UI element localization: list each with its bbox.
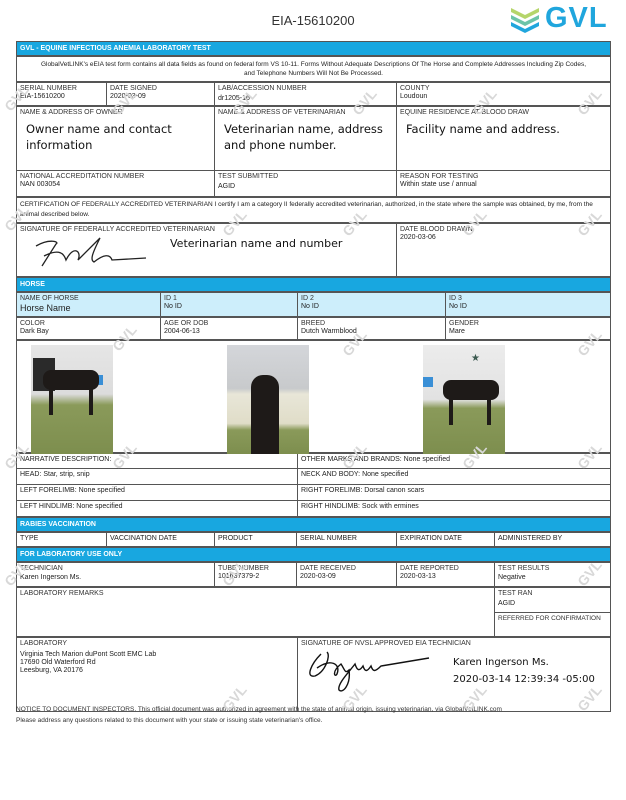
test-ran-cell: TEST RANAGID <box>495 588 611 613</box>
tech-signature-name: Karen Ingerson Ms. <box>453 654 549 671</box>
veterinarian-cell: NAME & ADDRESS OF VETERINARIANVeterinari… <box>215 107 397 171</box>
horse-left-side-photo[interactable] <box>31 345 113 454</box>
horse-name-cell: NAME OF HORSEHorse Name <box>17 293 161 317</box>
tech-signature-image <box>301 648 431 698</box>
vet-signature-text: Veterinarian name and number <box>170 240 342 248</box>
tech-signature-timestamp: 2020-03-14 12:39:34 -05:00 <box>453 671 595 688</box>
test-submitted-cell: TEST SUBMITTEDAGID <box>215 171 397 197</box>
lab-section-bar: FOR LABORATORY USE ONLY <box>16 547 611 562</box>
id3-cell: ID 3No ID <box>446 293 611 317</box>
tech-signature-cell: SIGNATURE OF NVSL APPROVED EIA TECHNICIA… <box>298 638 611 712</box>
neck-body-cell: NECK AND BODY: None specified <box>298 469 611 485</box>
logo-text: GVL <box>545 2 608 35</box>
footer-notice: NOTICE TO DOCUMENT INSPECTORS. This offi… <box>16 704 502 726</box>
lab-accession-cell: LAB/ACCESSION NUMBERdr1205-16 <box>215 83 397 106</box>
rabies-col-type: TYPE <box>17 533 107 547</box>
date-reported-cell: DATE REPORTED2020-03-13 <box>397 563 495 587</box>
age-cell: AGE OR DOB2004-06-13 <box>161 318 298 340</box>
id2-cell: ID 2No ID <box>298 293 446 317</box>
narrative-cell: NARRATIVE DESCRIPTION: <box>17 454 298 469</box>
horse-section-bar: HORSE <box>16 277 611 292</box>
accreditation-cell: NATIONAL ACCREDITATION NUMBERNAN 003054 <box>17 171 215 197</box>
lab-remarks-cell: LABORATORY REMARKS <box>17 588 495 637</box>
date-signed-cell: DATE SIGNED2020-03-09 <box>107 83 215 106</box>
color-cell: COLORDark Bay <box>17 318 161 340</box>
head-cell: HEAD: Star, strip, snip <box>17 469 298 485</box>
right-forelimb-cell: RIGHT FORELIMB: Dorsal canon scars <box>298 485 611 501</box>
form-notice: GlobalVetLINK's eEIA test form contains … <box>17 57 611 82</box>
eia-form: GVL - EQUINE INFECTIOUS ANEMIA LABORATOR… <box>16 41 611 712</box>
gvl-logo: GVL <box>509 4 617 36</box>
footer-line-2: Please address any questions related to … <box>16 715 502 726</box>
test-results-cell: TEST RESULTSNegative <box>495 563 611 587</box>
breed-cell: BREEDDutch Warmblood <box>298 318 446 340</box>
horse-photos-cell: ★ <box>17 341 611 453</box>
referred-cell: REFERRED FOR CONFIRMATION <box>495 613 611 637</box>
certification-text: CERTIFICATION OF FEDERALLY ACCREDITED VE… <box>17 198 611 223</box>
rabies-col-vaccination-date: VACCINATION DATE <box>107 533 215 547</box>
rabies-col-administered-by: ADMINISTERED BY <box>495 533 611 547</box>
date-received-cell: DATE RECEIVED2020-03-09 <box>297 563 397 587</box>
rabies-col-product: PRODUCT <box>215 533 297 547</box>
gender-cell: GENDERMare <box>446 318 611 340</box>
county-cell: COUNTYLoudoun <box>397 83 611 106</box>
star-icon: ★ <box>471 355 480 363</box>
rabies-col-expiration-date: EXPIRATION DATE <box>397 533 495 547</box>
technician-cell: TECHNICIANKaren Ingerson Ms. <box>17 563 215 587</box>
left-hindlimb-cell: LEFT HINDLIMB: None specified <box>17 501 298 517</box>
rabies-col-serial-number: SERIAL NUMBER <box>297 533 397 547</box>
reason-cell: REASON FOR TESTINGWithin state use / ann… <box>397 171 611 197</box>
stacked-chevrons-icon <box>509 6 543 36</box>
laboratory-cell: LABORATORY Virginia Tech Marion duPont S… <box>17 638 298 712</box>
horse-front-photo[interactable] <box>227 345 309 454</box>
id1-cell: ID 1No ID <box>161 293 298 317</box>
vet-signature-image <box>30 234 150 270</box>
date-drawn-cell: DATE BLOOD DRAWN2020-03-06 <box>397 224 611 277</box>
owner-cell: NAME & ADDRESS OF OWNEROwner name and co… <box>17 107 215 171</box>
serial-number-cell: SERIAL NUMBEREIA-15610200 <box>17 83 107 106</box>
form-title-bar: GVL - EQUINE INFECTIOUS ANEMIA LABORATOR… <box>16 41 611 56</box>
right-hindlimb-cell: RIGHT HINDLIMB: Sock with ermines <box>298 501 611 517</box>
residence-cell: EQUINE RESIDENCE AT BLOOD DRAWFacility n… <box>397 107 611 171</box>
horse-right-side-photo[interactable]: ★ <box>423 345 505 454</box>
other-marks-cell: OTHER MARKS AND BRANDS: None specified <box>298 454 611 469</box>
left-forelimb-cell: LEFT FORELIMB: None specified <box>17 485 298 501</box>
rabies-section-bar: RABIES VACCINATION <box>16 517 611 532</box>
tube-number-cell: TUBE NUMBER101637379-2 <box>215 563 297 587</box>
footer-line-1: NOTICE TO DOCUMENT INSPECTORS. This offi… <box>16 704 502 715</box>
vet-signature-cell: SIGNATURE OF FEDERALLY ACCREDITED VETERI… <box>17 224 397 277</box>
